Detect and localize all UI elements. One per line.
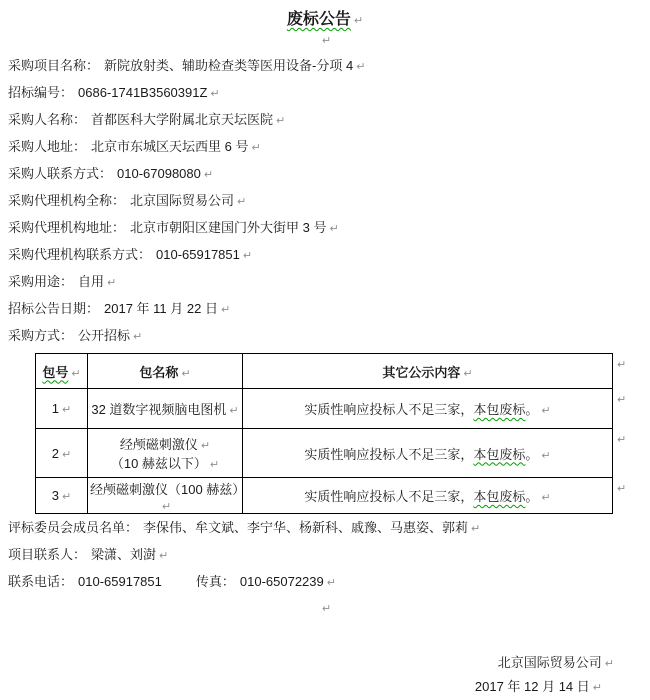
header-label: 其它公示内容 (382, 365, 460, 380)
content-period: 。 (525, 402, 538, 417)
field-value: 梁潇、刘澍 (91, 547, 156, 562)
pilcrow-icon: ↵ (251, 142, 260, 154)
pilcrow-icon: ↵ (463, 368, 472, 380)
cell-other-content: 实质性响应投标人不足三家，本包废标。↵ (243, 478, 613, 514)
pilcrow-icon: ↵ (541, 450, 550, 462)
field-value: 自用 (78, 274, 104, 289)
cell-package-name: 经颅磁刺激仪↵ （10 赫兹以下）↵ (88, 429, 243, 478)
pilcrow-icon: ↵ (617, 433, 626, 446)
package-name-line2: （10 赫兹以下）↵ (90, 453, 240, 472)
header-label: 包名称 (139, 365, 178, 380)
cell-package-no: 3↵ (36, 478, 88, 514)
info-line-agency-contact: 采购代理机构联系方式：010-65917851↵ (8, 241, 650, 268)
content-period: 。 (525, 447, 538, 462)
invalid-flag-text: 本包废标 (473, 489, 525, 504)
pilcrow-icon: ↵ (181, 368, 190, 380)
empty-paragraph: ↵ (0, 28, 650, 52)
cell-package-name: 32 道数字视频脑电图机↵ (88, 389, 243, 429)
field-label: 采购方式： (8, 328, 73, 343)
pilcrow-icon: ↵ (159, 550, 168, 562)
header-label: 包号 (42, 365, 68, 380)
cell-package-name: 经颅磁刺激仪（100 赫兹）↵ (88, 478, 243, 514)
table-row: 3↵ 经颅磁刺激仪（100 赫兹）↵ 实质性响应投标人不足三家，本包废标。↵ (36, 478, 613, 514)
title-text: 废标公告 (287, 11, 351, 28)
signature-company: 北京国际贸易公司↵ (0, 651, 650, 675)
header-package-name: 包名称↵ (88, 354, 243, 389)
info-line-agency-address: 采购代理机构地址：北京市朝阳区建国门外大街甲 3 号↵ (8, 214, 650, 241)
info-line-agency-name: 采购代理机构全称：北京国际贸易公司↵ (8, 187, 650, 214)
field-value: 新院放射类、辅助检查类等医用设备-分项 4 (104, 58, 353, 73)
document-page: 废标公告↵ ↵ 采购项目名称：新院放射类、辅助检查类等医用设备-分项 4↵ 招标… (0, 0, 650, 700)
pilcrow-icon: ↵ (237, 196, 246, 208)
pilcrow-icon: ↵ (329, 223, 338, 235)
pilcrow-icon: ↵ (322, 35, 331, 47)
package-name-line: 32 道数字视频脑电图机↵ (90, 399, 240, 418)
header-other-content: 其它公示内容↵ (243, 354, 613, 389)
field-value: 010-65917851 (156, 247, 240, 262)
footer-line-phone-fax: 联系电话：010-65917851传真：010-65072239↵ (8, 568, 650, 595)
footer-section: 评标委员会成员名单：李保伟、牟文斌、李宁华、杨新科、戚豫、马惠姿、郭莉↵ 项目联… (0, 514, 650, 595)
table-row: 1↵ 32 道数字视频脑电图机↵ 实质性响应投标人不足三家，本包废标。↵ (36, 389, 613, 429)
field-label: 项目联系人： (8, 547, 86, 562)
date-text: 2017 年 12 月 14 日 (475, 679, 590, 694)
pilcrow-icon: ↵ (243, 250, 252, 262)
field-value: 010-65072239 (240, 574, 324, 589)
cell-other-content: 实质性响应投标人不足三家，本包废标。↵ (243, 389, 613, 429)
field-label: 采购人地址： (8, 139, 86, 154)
package-name: 经颅磁刺激仪 (120, 437, 198, 452)
pilcrow-icon: ↵ (201, 440, 210, 452)
pilcrow-icon: ↵ (354, 15, 363, 27)
pilcrow-icon: ↵ (617, 358, 626, 371)
field-value: 首都医科大学附属北京天坛医院 (91, 112, 273, 127)
package-no: 2 (52, 446, 59, 461)
pilcrow-icon: ↵ (471, 523, 480, 535)
field-value: 北京国际贸易公司 (130, 193, 234, 208)
field-label: 招标公告日期： (8, 301, 99, 316)
pilcrow-icon: ↵ (593, 682, 602, 694)
field-value: 北京市东城区天坛西里 6 号 (91, 139, 248, 154)
package-table: 包号↵ 包名称↵ 其它公示内容↵ 1↵ 32 道数字视频脑电图机↵ 实质性响应投… (35, 353, 613, 514)
package-name-line: 经颅磁刺激仪（100 赫兹）↵ (90, 479, 240, 513)
field-label: 采购人名称： (8, 112, 86, 127)
field-label: 采购项目名称： (8, 58, 99, 73)
field-label: 采购代理机构联系方式： (8, 247, 151, 262)
field-value: 2017 年 11 月 22 日 (104, 301, 218, 316)
info-line-purchaser-contact: 采购人联系方式：010-67098080↵ (8, 160, 650, 187)
pilcrow-icon: ↵ (356, 61, 365, 73)
cell-package-no: 2↵ (36, 429, 88, 478)
pilcrow-icon: ↵ (221, 304, 230, 316)
content-text: 实质性响应投标人不足三家， (304, 489, 473, 504)
field-label: 招标编号： (8, 85, 73, 100)
pilcrow-icon: ↵ (210, 88, 219, 100)
pilcrow-icon: ↵ (617, 393, 626, 406)
pilcrow-icon: ↵ (605, 658, 614, 670)
info-line-project-name: 采购项目名称：新院放射类、辅助检查类等医用设备-分项 4↵ (8, 52, 650, 79)
invalid-flag-text: 本包废标 (473, 447, 525, 462)
pilcrow-icon: ↵ (162, 501, 171, 513)
pilcrow-icon: ↵ (541, 492, 550, 504)
pilcrow-icon: ↵ (322, 603, 331, 615)
table-header-row: 包号↵ 包名称↵ 其它公示内容↵ (36, 354, 613, 389)
field-label: 传真： (196, 574, 235, 589)
package-table-wrap: 包号↵ 包名称↵ 其它公示内容↵ 1↵ 32 道数字视频脑电图机↵ 实质性响应投… (35, 353, 635, 514)
info-section: 采购项目名称：新院放射类、辅助检查类等医用设备-分项 4↵ 招标编号：0686-… (0, 52, 650, 349)
invalid-flag-text: 本包废标 (473, 402, 525, 417)
pilcrow-icon: ↵ (204, 169, 213, 181)
footer-line-contact-person: 项目联系人：梁潇、刘澍↵ (8, 541, 650, 568)
spacer (0, 621, 650, 651)
field-label: 采购人联系方式： (8, 166, 112, 181)
field-label: 采购用途： (8, 274, 73, 289)
field-value: 公开招标 (78, 328, 130, 343)
content-text: 实质性响应投标人不足三家， (304, 402, 473, 417)
pilcrow-icon: ↵ (62, 404, 71, 416)
pilcrow-icon: ↵ (617, 482, 626, 495)
field-label: 评标委员会成员名单： (8, 520, 138, 535)
table-row: 2↵ 经颅磁刺激仪↵ （10 赫兹以下）↵ 实质性响应投标人不足三家，本包废标。… (36, 429, 613, 478)
pilcrow-icon: ↵ (71, 368, 80, 380)
pilcrow-icon: ↵ (107, 277, 116, 289)
info-line-purchaser-name: 采购人名称：首都医科大学附属北京天坛医院↵ (8, 106, 650, 133)
info-line-tender-number: 招标编号：0686-1741B3560391Z↵ (8, 79, 650, 106)
field-value: 李保伟、牟文斌、李宁华、杨新科、戚豫、马惠姿、郭莉 (143, 520, 468, 535)
package-no: 1 (52, 401, 59, 416)
package-name-line: 经颅磁刺激仪↵ (90, 434, 240, 453)
info-line-purchase-method: 采购方式：公开招标↵ (8, 322, 650, 349)
package-name: 32 道数字视频脑电图机 (91, 402, 226, 417)
empty-paragraph: ↵ (0, 595, 650, 621)
field-label: 联系电话： (8, 574, 73, 589)
info-line-purchase-use: 采购用途：自用↵ (8, 268, 650, 295)
content-period: 。 (525, 489, 538, 504)
pilcrow-icon: ↵ (541, 405, 550, 417)
company-name: 北京国际贸易公司 (498, 655, 602, 670)
pilcrow-icon: ↵ (62, 449, 71, 461)
field-label: 采购代理机构全称： (8, 193, 125, 208)
field-value: 北京市朝阳区建国门外大街甲 3 号 (130, 220, 326, 235)
field-value: 010-67098080 (117, 166, 201, 181)
content-text: 实质性响应投标人不足三家， (304, 447, 473, 462)
cell-package-no: 1↵ (36, 389, 88, 429)
signature-date: 2017 年 12 月 14 日↵ (0, 675, 650, 699)
info-line-announce-date: 招标公告日期：2017 年 11 月 22 日↵ (8, 295, 650, 322)
page-title: 废标公告↵ (0, 0, 650, 28)
pilcrow-icon: ↵ (327, 577, 336, 589)
field-value: 010-65917851 (78, 574, 162, 589)
pilcrow-icon: ↵ (133, 331, 142, 343)
header-package-no: 包号↵ (36, 354, 88, 389)
footer-line-committee: 评标委员会成员名单：李保伟、牟文斌、李宁华、杨新科、戚豫、马惠姿、郭莉↵ (8, 514, 650, 541)
field-label: 采购代理机构地址： (8, 220, 125, 235)
pilcrow-icon: ↵ (62, 491, 71, 503)
info-line-purchaser-address: 采购人地址：北京市东城区天坛西里 6 号↵ (8, 133, 650, 160)
pilcrow-icon: ↵ (229, 405, 238, 417)
field-value: 0686-1741B3560391Z (78, 85, 207, 100)
cell-other-content: 实质性响应投标人不足三家，本包废标。↵ (243, 429, 613, 478)
package-name: 经颅磁刺激仪（100 赫兹） (90, 482, 245, 497)
pilcrow-icon: ↵ (276, 115, 285, 127)
pilcrow-icon: ↵ (210, 459, 219, 471)
package-name2: （10 赫兹以下） (111, 456, 207, 471)
package-no: 3 (52, 488, 59, 503)
